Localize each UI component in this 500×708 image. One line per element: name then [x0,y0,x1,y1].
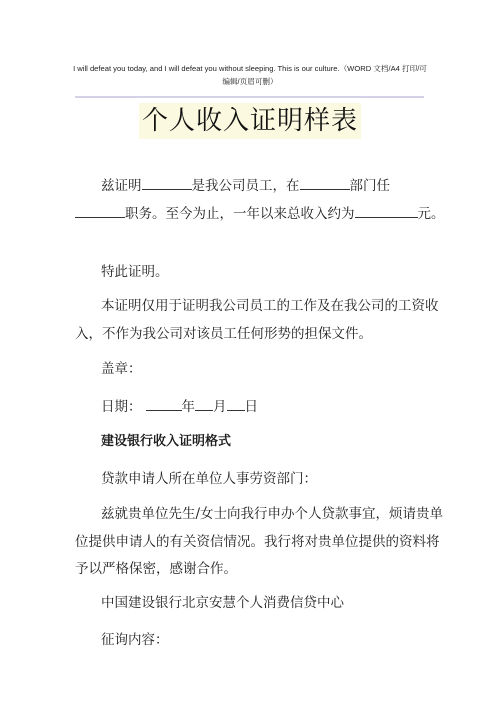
header-divider [75,96,424,98]
ccb-body-line-1: 兹就贵单位先生/女士向我行申办个人贷款事宜，烦请贵单 [101,504,443,524]
certificate-line-1: 兹证明是我公司员工，在部门任 [101,175,390,196]
text: 兹证明 [101,178,142,194]
date-line: 日期：年月日 [101,396,258,417]
sender-line: 中国建设银行北京安慧个人消费信贷中心 [101,593,344,613]
day-blank [227,396,245,411]
section-heading: 建设银行收入证明格式 [101,432,231,452]
employee-name-blank [142,175,192,190]
text: 年 [182,399,196,415]
text: 元。 [418,206,445,222]
hereby-certify: 特此证明。 [101,262,169,282]
addressee: 贷款申请人所在单位人事劳资部门： [101,469,317,489]
seal-label: 盖章： [101,359,142,379]
ccb-body-line-2: 位提供申请人的有关资信情况。我行将对贵单位提供的资料将 [75,532,440,552]
month-blank [195,396,213,411]
position-blank [75,203,125,218]
date-label: 日期： [101,399,142,415]
text: 职务。至今为止，一年以来总收入约为 [125,206,355,222]
disclaimer-line-2: 入，不作为我公司对该员工任何形势的担保文件。 [75,324,372,344]
year-blank [146,396,182,411]
disclaimer-line-1: 本证明仅用于证明我公司员工的工作及在我公司的工资收 [101,296,439,316]
certificate-line-2: 职务。至今为止，一年以来总收入约为元。 [75,203,445,224]
income-blank [355,203,418,218]
ccb-body-line-3: 予以严格保密，感谢合作。 [75,559,237,579]
department-blank [300,175,350,190]
page-header-note: I will defeat you today, and I will defe… [70,62,430,88]
document-title: 个人收入证明样表 [139,103,361,139]
text: 日 [245,399,259,415]
text: 部门任 [350,178,391,194]
text: 是我公司员工，在 [192,178,300,194]
text: 月 [213,399,227,415]
inquiry-label: 征询内容： [101,630,169,650]
